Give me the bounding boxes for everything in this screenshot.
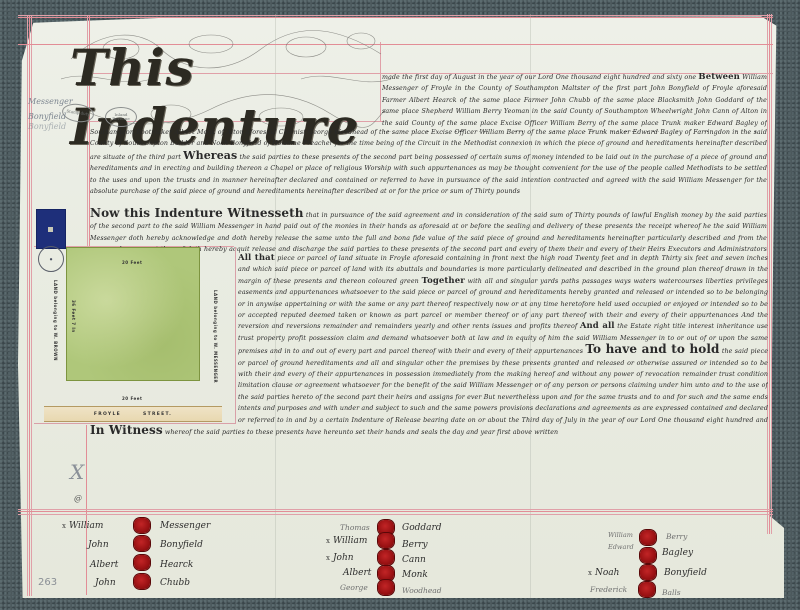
street-word: FROYLE bbox=[94, 412, 121, 417]
signer-first: John bbox=[88, 540, 109, 550]
margin-rule bbox=[771, 14, 772, 534]
at-mark: @ bbox=[74, 494, 82, 503]
wax-seal bbox=[378, 566, 394, 581]
wax-seal bbox=[640, 548, 656, 563]
recital-paragraph: Southampton Bootmaker Albert Monk of Alt… bbox=[90, 127, 767, 217]
conveyance-paragraph: All that piece or parcel of land situate… bbox=[238, 253, 768, 425]
wax-seal bbox=[640, 530, 656, 545]
signer-last: Woodhead bbox=[402, 586, 442, 595]
blue-stamp-paper bbox=[36, 209, 66, 249]
pencil-x-mark: X bbox=[70, 460, 84, 484]
signer-first: Frederick bbox=[590, 585, 627, 594]
signature-rule bbox=[18, 509, 773, 510]
wax-seal bbox=[134, 574, 150, 589]
margin-signature: Messenger bbox=[28, 97, 73, 106]
signer-first: William bbox=[69, 521, 104, 531]
signer-first: John bbox=[95, 578, 116, 588]
signer-last: Bagley bbox=[662, 548, 693, 558]
margin-rule bbox=[86, 425, 87, 595]
signer-first: Thomas bbox=[340, 523, 370, 532]
froyle-street: FROYLE STREET. bbox=[44, 406, 222, 422]
x-mark: x bbox=[62, 522, 66, 530]
signer-first: Noah bbox=[595, 568, 619, 578]
ref-number: 263 bbox=[38, 577, 57, 588]
signer-first: George bbox=[340, 583, 368, 592]
embossed-seal bbox=[48, 227, 53, 232]
signer-last: Hearck bbox=[160, 560, 193, 570]
wax-seal bbox=[134, 518, 150, 533]
revenue-stamp: Inland Revenue bbox=[105, 107, 137, 127]
signer-last: Bonyfield bbox=[160, 540, 203, 550]
signer-first: Edward bbox=[608, 543, 634, 551]
plan-left-dimension: 36 Feet 7 In bbox=[71, 300, 76, 333]
signature-rule bbox=[18, 511, 773, 512]
signer-last: Bonyfield bbox=[664, 568, 707, 578]
in-witness-heading: In Witness bbox=[90, 425, 163, 437]
signature-cann: xJohn bbox=[326, 553, 354, 563]
margin-rule bbox=[769, 14, 770, 534]
witness-text: whereof the said parties to these presen… bbox=[165, 429, 558, 436]
plan-bottom-dimension: 20 Feet bbox=[122, 396, 142, 401]
margin-signature: Bonyfield bbox=[28, 122, 66, 131]
signer-first: John bbox=[333, 553, 354, 563]
signature-berry: xWilliam bbox=[326, 536, 367, 546]
margin-signature: Bonyfield bbox=[28, 112, 66, 121]
all-that-heading: All that bbox=[238, 253, 275, 263]
x-mark: x bbox=[326, 537, 330, 545]
document-title: This Indenture bbox=[70, 38, 370, 118]
signer-first: William bbox=[608, 531, 633, 539]
signer-last: Goddard bbox=[402, 523, 442, 533]
signature-rule bbox=[18, 514, 773, 515]
signer-last: Berry bbox=[402, 540, 428, 550]
between-heading: Between bbox=[698, 72, 740, 82]
parties-text: William Messenger of Froyle in the Count… bbox=[382, 74, 767, 132]
wax-seal bbox=[134, 555, 150, 570]
wax-seal bbox=[639, 582, 655, 597]
plan-top-dimension: 20 Feet bbox=[122, 260, 142, 265]
signature-messenger: xWilliam bbox=[62, 521, 103, 531]
signer-last: Balls bbox=[662, 588, 681, 597]
signer-last: Messenger bbox=[160, 521, 210, 531]
signer-first: Albert bbox=[90, 560, 118, 570]
together-heading: Together bbox=[422, 276, 465, 286]
wax-seal bbox=[378, 580, 394, 595]
wax-seal bbox=[640, 565, 656, 580]
signer-last: Monk bbox=[402, 570, 428, 580]
signer-last: Berry bbox=[666, 532, 687, 541]
title-box-rule bbox=[380, 42, 381, 122]
street-word: STREET. bbox=[143, 412, 172, 417]
wax-seal bbox=[134, 536, 150, 551]
top-rule bbox=[18, 15, 773, 16]
signature-bonyfield: xNoah bbox=[588, 568, 619, 578]
land-plot-green bbox=[66, 247, 200, 381]
whereas-heading: Whereas bbox=[183, 149, 237, 162]
habendum-heading: To have and to hold bbox=[585, 342, 719, 356]
opening-line: made the first day of August in the year… bbox=[382, 74, 696, 81]
x-mark: x bbox=[326, 554, 330, 562]
plan-left-label: LAND belonging to W. BROWN bbox=[53, 280, 58, 361]
plan-right-label: LAND belonging to W. MESSENGER bbox=[213, 290, 218, 383]
witnesseth-heading: Now this Indenture Witnesseth bbox=[90, 208, 304, 220]
wax-seal bbox=[378, 550, 394, 565]
signer-first: William bbox=[333, 536, 368, 546]
x-mark: x bbox=[588, 569, 592, 577]
habendum-text: the said piece or parcel of ground hered… bbox=[238, 348, 768, 425]
and-all-heading: And all bbox=[580, 321, 615, 331]
witness-paragraph: whereof the said parties to these presen… bbox=[90, 425, 767, 507]
opening-clause: made the first day of August in the year… bbox=[382, 72, 767, 132]
wax-seal bbox=[378, 533, 394, 548]
signer-last: Chubb bbox=[160, 578, 190, 588]
signer-first: Albert bbox=[343, 568, 371, 578]
signer-last: Cann bbox=[402, 555, 426, 565]
top-rule bbox=[18, 17, 773, 18]
